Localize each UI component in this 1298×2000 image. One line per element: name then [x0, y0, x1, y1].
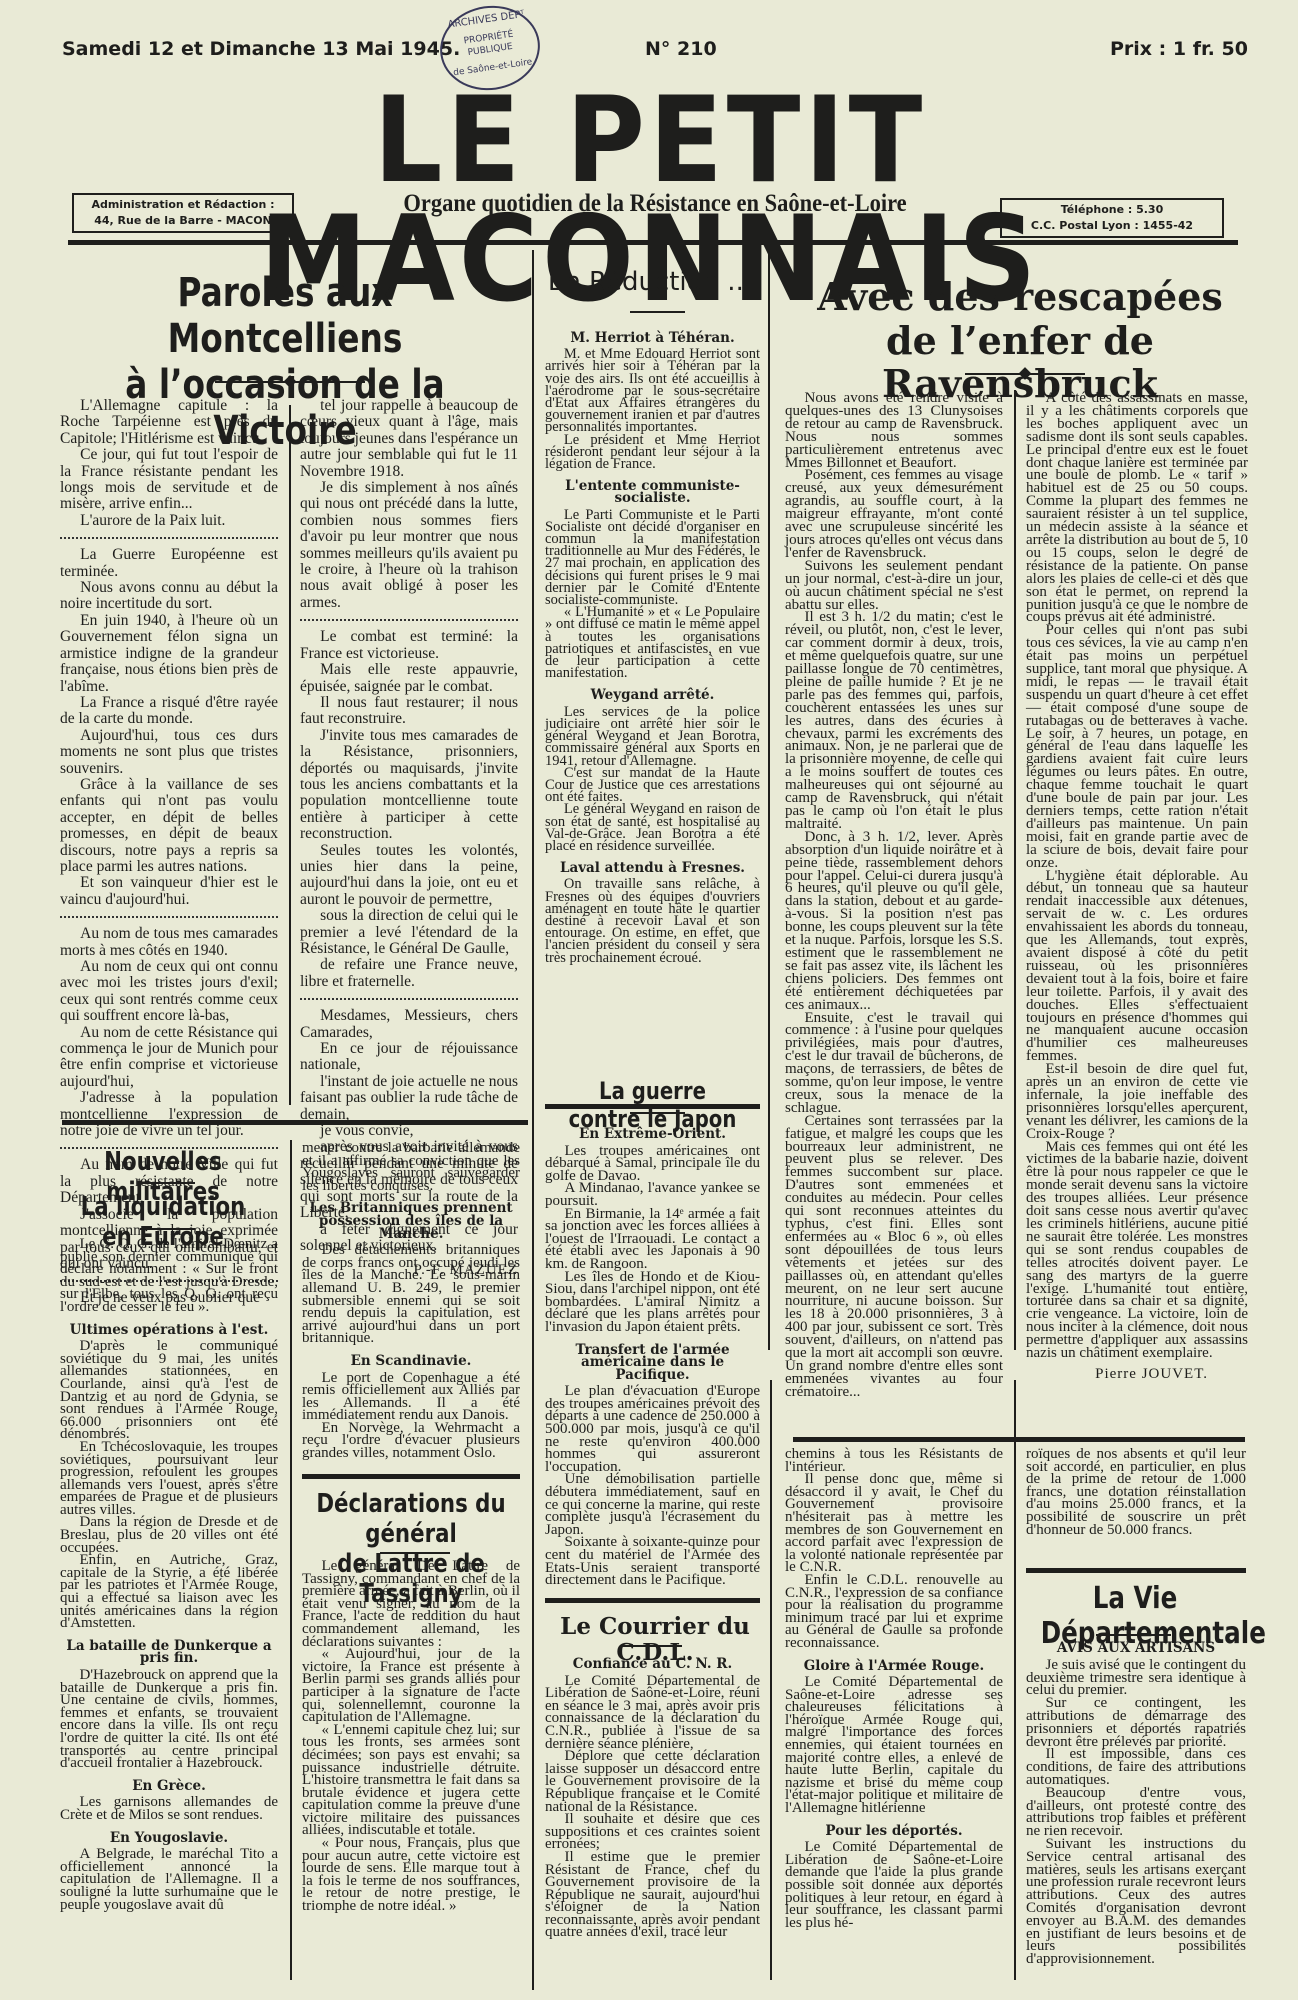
admin-box: Administration et Rédaction : 44, Rue de…	[72, 193, 294, 233]
subheading: Pour les déportés.	[785, 1825, 1003, 1838]
dotted-separator	[60, 914, 278, 918]
paragraph: C'est sur mandat de la Haute Cour de Jus…	[545, 767, 760, 804]
paragraph: Beaucoup d'entre vous, d'ailleurs, ont p…	[1026, 1787, 1246, 1838]
paragraph: Ce jour, qui fut tout l'espoir de la Fra…	[60, 447, 278, 513]
subheading: Laval attendu à Fresnes.	[545, 862, 760, 874]
section-rule	[1026, 1568, 1246, 1573]
vie-departementale-column: AVIS AUX ARTISANS Je suis avisé que le c…	[1026, 1640, 1246, 1966]
column-rule	[532, 1110, 534, 1990]
paragraph: Les troupes américaines ont débarqué à S…	[545, 1145, 760, 1183]
subheading: Les Britanniques prennent possession des…	[302, 1202, 520, 1240]
militaires-col-1: Le G. Q. G. de l'amiral Dœnitz a publié …	[60, 1238, 278, 1911]
subheading: La bataille de Dunkerque a pris fin.	[60, 1640, 278, 1665]
paragraph: En Tchécoslovaquie, les troupes soviétiq…	[60, 1441, 278, 1517]
paragraph: Seules toutes les volontés, unies hier d…	[300, 843, 518, 909]
paragraph: Dans la région de Dresde et de Breslau, …	[60, 1516, 278, 1554]
paragraph: A côté des assassinats en masse, il y a …	[1026, 392, 1248, 624]
paragraph: « Aujourd'hui, jour de la victoire, la F…	[302, 1648, 520, 1724]
ornament-divider	[965, 373, 1085, 375]
section-rule	[302, 1474, 520, 1479]
paragraph: A Belgrade, le maréchal Tito a officiell…	[60, 1848, 278, 1911]
cdl-col-2: chemins à tous les Résistants de l'intér…	[785, 1448, 1003, 1929]
tagline: Organe quotidien de la Résistance en Saô…	[363, 190, 948, 218]
paragraph: je vous convie,	[300, 1123, 518, 1139]
paragraph: Le général De Lattre de Tassigny, comman…	[302, 1560, 520, 1648]
paragraph: Déplore que cette déclaration laisse sup…	[545, 1750, 760, 1813]
subheading: M. Herriot à Téhéran.	[545, 332, 760, 344]
paragraph: L'Allemagne capitule : la Roche Tarpéien…	[60, 398, 278, 447]
paragraph: Mais ces femmes qui ont été les victimes…	[1026, 1141, 1248, 1360]
paragraph: Je dis simplement à nos aînés qui nous o…	[300, 480, 518, 611]
column-rule	[768, 250, 770, 1350]
paragraph: Les îles de Hondo et de Kiou-Siou, dans …	[545, 1271, 760, 1334]
price: Prix : 1 fr. 50	[1110, 38, 1248, 60]
paragraph: On travaille sans relâche, à Fresnes où …	[545, 878, 760, 963]
paragraph: Le combat est terminé: la France est vic…	[300, 629, 518, 662]
paragraph: L'hygiène était déplorable. Au début, un…	[1026, 870, 1248, 1064]
paragraph: J'invite tous mes camarades de la Résist…	[300, 728, 518, 843]
paragraph: A Mindanao, l'avance yankee se poursuit.	[545, 1182, 760, 1207]
column-rule	[532, 250, 534, 1110]
paragraph: En ce jour de réjouissance nationale,	[300, 1041, 518, 1074]
section-rule	[793, 1437, 1245, 1442]
paragraph: « L'Humanité » et « Le Populaire » ont d…	[545, 606, 760, 679]
heading-underline	[380, 1552, 450, 1554]
paragraph: La Guerre Européenne est terminée.	[60, 547, 278, 580]
paragraph: « L'ennemi capitule chez lui; sur tous l…	[302, 1724, 520, 1837]
japon-column: En Extrême-Orient.Les troupes américaine…	[545, 1118, 760, 1587]
column-rule	[289, 405, 291, 1105]
paragraph: l'instant de joie actuelle ne nous faisa…	[300, 1074, 518, 1123]
masthead-rule	[68, 240, 1238, 245]
paragraph: D'Hazebrouck on apprend que la bataille …	[60, 1669, 278, 1770]
cdl-col-1: Confiance au C. N. R.Le Comité Départeme…	[545, 1648, 760, 1939]
paragraph: Le Comité Départemental de Libération de…	[545, 1675, 760, 1751]
subheading: En Grèce.	[60, 1780, 278, 1793]
paragraph: M. et Mme Edouard Herriot sont arrivés h…	[545, 348, 760, 433]
column-rule	[1014, 1380, 1016, 1980]
paragraph: En Norvège, la Wehrmacht a reçu l'ordre …	[302, 1422, 520, 1460]
paragraph: « Pour nous, Français, plus que pour auc…	[302, 1837, 520, 1913]
paragraph: Le Parti Communiste et le Parti Socialis…	[545, 509, 760, 607]
paragraph: Nous avons été rendre visite à quelques-…	[785, 392, 1003, 469]
paragraph: D'après le communiqué soviétique du 9 ma…	[60, 1340, 278, 1441]
paragraph: Le port de Copenhague a été remis offici…	[302, 1372, 520, 1422]
issue-date: Samedi 12 et Dimanche 13 Mai 1945.	[62, 38, 460, 60]
signature: Pierre JOUVET.	[1026, 1368, 1248, 1381]
paragraph: mener contre la barbarie allemande et il…	[302, 1142, 520, 1192]
paragraph: Il est impossible, dans ces conditions, …	[1026, 1748, 1246, 1786]
paragraph: Il est 3 h. 1/2 du matin; c'est le révei…	[785, 611, 1003, 830]
paragraph: Il souhaite et désire que ces suppositio…	[545, 1813, 760, 1851]
postal-account: C.C. Postal Lyon : 1455-42	[1006, 218, 1218, 234]
headline-ravensbruck: Avec des rescapées de l’enfer de Ravensb…	[780, 275, 1260, 406]
paragraph: chemins à tous les Résistants de l'intér…	[785, 1448, 1003, 1473]
paragraph: Enfin le C.D.L. renouvelle au C.N.R., l'…	[785, 1574, 1003, 1650]
paragraph: Au nom de ceux qui ont connu avec moi le…	[60, 959, 278, 1025]
ravensbruck-col-1: Nous avons été rendre visite à quelques-…	[785, 392, 1003, 1399]
heading-underline	[140, 1182, 195, 1184]
lattre-column: Le général De Lattre de Tassigny, comman…	[302, 1560, 520, 1913]
heading-underline	[140, 1228, 195, 1230]
paragraph: Une démobilisation partielle débutera im…	[545, 1473, 760, 1536]
paragraph: Le G. Q. G. de l'amiral Dœnitz a publié …	[60, 1238, 278, 1314]
paragraph: Suivant les instructions du Service cent…	[1026, 1838, 1246, 1966]
paragraph: Grâce à la vaillance de ses enfants qui …	[60, 777, 278, 875]
headline-line: Déclarations du général	[316, 1490, 506, 1550]
paragraph: Ensuite, c'est le travail qui commence :…	[785, 1012, 1003, 1115]
paragraph: Nous avons connu au début la noire incer…	[60, 580, 278, 613]
heading-underline	[1096, 1634, 1171, 1636]
section-rule	[62, 1120, 528, 1125]
paragraph: Enfin, en Autriche, Graz, capitale de la…	[60, 1554, 278, 1630]
subheading: En Scandinavie.	[302, 1355, 520, 1368]
reduction-column: M. Herriot à Téhéran.M. et Mme Edouard H…	[545, 322, 760, 964]
ravensbruck-col-2: A côté des assassinats en masse, il y a …	[1026, 392, 1248, 1381]
subheading: Ultimes opérations à l'est.	[60, 1324, 278, 1337]
subtitle-avis-artisans: AVIS AUX ARTISANS	[1026, 1642, 1246, 1655]
column-rule	[770, 1380, 772, 1980]
paragraph: Il estime que le premier Résistant de Fr…	[545, 1851, 760, 1939]
contact-box: Téléphone : 5.30 C.C. Postal Lyon : 1455…	[1000, 198, 1224, 238]
paragraph: Et son vainqueur d'hier est le vaincu d'…	[60, 875, 278, 908]
paragraph: Pour celles qui n'ont pas subi tous ces …	[1026, 624, 1248, 869]
ornament-divider	[215, 381, 365, 383]
dotted-separator	[300, 996, 518, 1000]
admin-line: Administration et Rédaction :	[78, 197, 288, 213]
paragraph: Aujourd'hui, tous ces durs moments ne so…	[60, 728, 278, 777]
subheading: Gloire à l'Armée Rouge.	[785, 1660, 1003, 1673]
paragraph: sous la direction de celui qui le premie…	[300, 908, 518, 957]
paragraph: En Birmanie, la 14ᵉ armée a fait sa jonc…	[545, 1208, 760, 1271]
paragraph: Des détachements britanniques de corps f…	[302, 1244, 520, 1345]
paragraph: Suivons les seulement pendant un jour no…	[785, 560, 1003, 612]
militaires-col-2: mener contre la barbarie allemande et il…	[302, 1142, 520, 1460]
heading-underline	[622, 1645, 682, 1647]
admin-address: 44, Rue de la Barre - MACON	[78, 213, 288, 229]
paragraph: Le plan d'évacuation d'Europe des troupe…	[545, 1385, 760, 1473]
paragraph: Il pense donc que, même si désaccord il …	[785, 1473, 1003, 1574]
paragraph: Au nom de cette Résistance qui commença …	[60, 1025, 278, 1091]
column-rule	[290, 1140, 292, 1980]
paragraph: Au nom de tous mes camarades morts à mes…	[60, 926, 278, 959]
paragraph: Mesdames, Messieurs, chers Camarades,	[300, 1008, 518, 1041]
heading-underline	[630, 1112, 685, 1114]
paragraph: Je suis avisé que le contingent du deuxi…	[1026, 1659, 1246, 1697]
paragraph: Le Comité Départemental de Saône-et-Loir…	[785, 1676, 1003, 1815]
paragraph: de refaire une France neuve, libre et fr…	[300, 957, 518, 990]
paragraph: Il nous faut restaurer; il nous faut rec…	[300, 695, 518, 728]
paragraph: Soixante à soixante-quinze pour cent du …	[545, 1536, 760, 1586]
paragraph: Le Comité Départemental de Libération de…	[785, 1841, 1003, 1929]
subheading: Confiance au C. N. R.	[545, 1658, 760, 1671]
headline-line: Avec des rescapées	[780, 275, 1260, 319]
subheading: Transfert de l'armée américaine dans le …	[545, 1344, 760, 1382]
subheading: En Extrême-Orient.	[545, 1128, 760, 1141]
paragraph: tel jour rappelle à beaucoup de cœurs vi…	[300, 398, 518, 480]
subheading: Weygand arrêté.	[545, 689, 760, 701]
paragraph: En juin 1940, à l'heure où un Gouverneme…	[60, 613, 278, 695]
subheading: L'entente communiste-socialiste.	[545, 480, 760, 504]
column-rule	[1014, 390, 1016, 1350]
issue-number: N° 210	[645, 38, 717, 60]
paragraph: roïques de nos absents et qu'il leur soi…	[1026, 1448, 1246, 1536]
subheading: En Yougoslavie.	[60, 1832, 278, 1845]
paragraph: Mais elle reste appauvrie, épuisée, saig…	[300, 662, 518, 695]
section-rule	[545, 1598, 760, 1603]
headline-line: Paroles aux Montcelliens	[84, 270, 486, 362]
paragraph: Est-il besoin de dire quel fut, après un…	[1026, 1063, 1248, 1140]
paragraph: J'adresse à la population montcellienne …	[60, 1090, 278, 1139]
paragraph: La France a risqué d'être rayée de la ca…	[60, 695, 278, 728]
paragraph: Le président et Mme Herriot résideront p…	[545, 434, 760, 471]
paragraph: L'aurore de la Paix luit.	[60, 513, 278, 529]
paragraph: Sur ce contingent, les attributions de d…	[1026, 1697, 1246, 1748]
paragraph: Les garnisons allemandes de Crète et de …	[60, 1796, 278, 1821]
dotted-separator	[300, 617, 518, 621]
newspaper-page: Samedi 12 et Dimanche 13 Mai 1945. ARCHI…	[0, 0, 1298, 2000]
cdl-col-3: roïques de nos absents et qu'il leur soi…	[1026, 1448, 1246, 1536]
paragraph: Posément, ces femmes au visage creusé, a…	[785, 469, 1003, 559]
paragraph: Certaines sont terrassées par la fatigue…	[785, 1115, 1003, 1399]
phone: Téléphone : 5.30	[1006, 202, 1218, 218]
paragraph: Les services de la police judiciaire ont…	[545, 706, 760, 767]
heading-reduction: En Réduction ...	[540, 268, 760, 298]
paragraph: Le général Weygand en raison de son état…	[545, 803, 760, 852]
heading-underline	[630, 311, 685, 313]
paragraph: Donc, à 3 h. 1/2, lever. Après absorptio…	[785, 831, 1003, 1012]
dotted-separator	[60, 535, 278, 539]
